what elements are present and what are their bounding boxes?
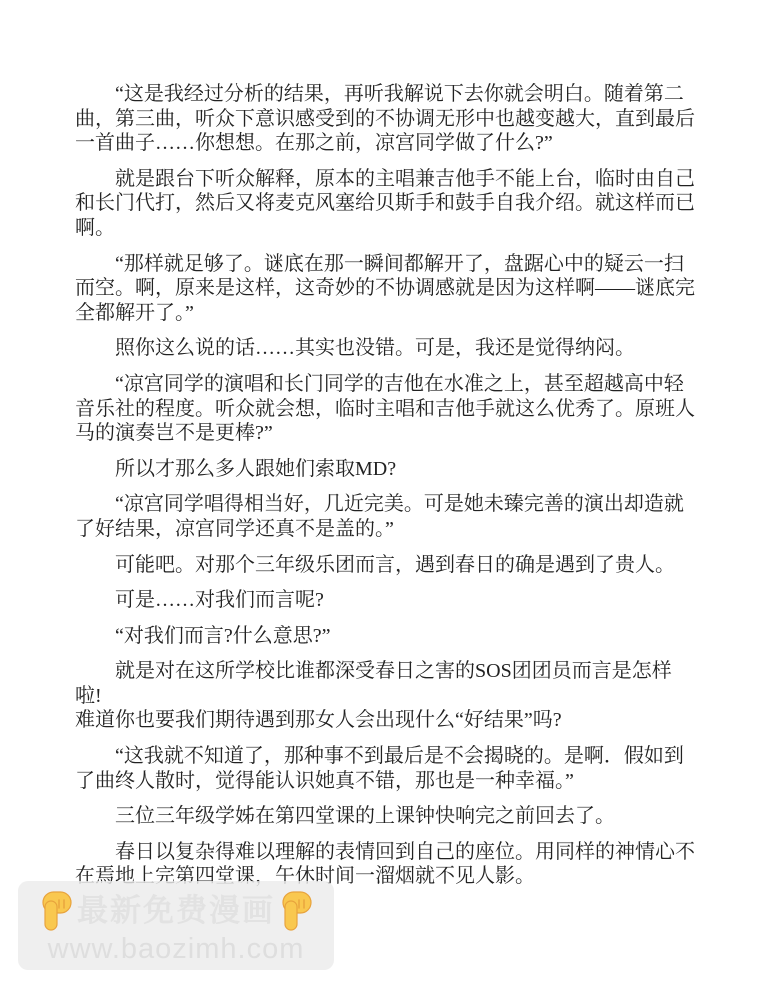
paragraph: 就是对在这所学校比谁都深受春日之害的SOS团团员而言是怎样啦! 难道你也要我们期… bbox=[75, 659, 697, 733]
paragraph: “凉宫同学的演唱和长门同学的吉他在水准之上，甚至超越高中轻 音乐社的程度。听众就… bbox=[75, 372, 697, 446]
pointing-down-icon bbox=[39, 890, 73, 932]
paragraph: 就是跟台下听众解释，原本的主唱兼吉他手不能上台，临时由自己 和长门代打，然后又将… bbox=[75, 167, 697, 241]
paragraph: “那样就足够了。谜底在那一瞬间都解开了，盘踞心中的疑云一扫 而空。啊，原来是这样… bbox=[75, 252, 697, 326]
watermark-title-row: 最新免费漫画 bbox=[39, 890, 313, 932]
watermark: 最新免费漫画 www.baozimh.com bbox=[18, 881, 334, 970]
paragraph: “对我们而言?什么意思?” bbox=[75, 624, 697, 649]
paragraph: 所以才那么多人跟她们索取MD? bbox=[75, 457, 697, 482]
paragraph: “凉宫同学唱得相当好，几近完美。可是她未臻完善的演出却造就 了好结果，凉宫同学还… bbox=[75, 492, 697, 541]
novel-page: “这是我经过分析的结果，再听我解说下去你就会明白。随着第二 曲，第三曲，听众下意… bbox=[0, 0, 765, 990]
paragraph: “这我就不知道了，那种事不到最后是不会揭晓的。是啊．假如到 了曲终人散时，觉得能… bbox=[75, 744, 697, 793]
paragraph: 可能吧。对那个三年级乐团而言，遇到春日的确是遇到了贵人。 bbox=[75, 553, 697, 578]
watermark-url: www.baozimh.com bbox=[48, 935, 305, 964]
paragraph: 三位三年级学姊在第四堂课的上课钟快响完之前回去了。 bbox=[75, 804, 697, 829]
pointing-down-icon bbox=[279, 890, 313, 932]
paragraph: “这是我经过分析的结果，再听我解说下去你就会明白。随着第二 曲，第三曲，听众下意… bbox=[75, 82, 697, 156]
page-text: “这是我经过分析的结果，再听我解说下去你就会明白。随着第二 曲，第三曲，听众下意… bbox=[0, 0, 765, 889]
paragraph: 照你这么说的话……其实也没错。可是，我还是觉得纳闷。 bbox=[75, 336, 697, 361]
watermark-title: 最新免费漫画 bbox=[77, 895, 275, 926]
paragraph: 可是……对我们而言呢? bbox=[75, 588, 697, 613]
